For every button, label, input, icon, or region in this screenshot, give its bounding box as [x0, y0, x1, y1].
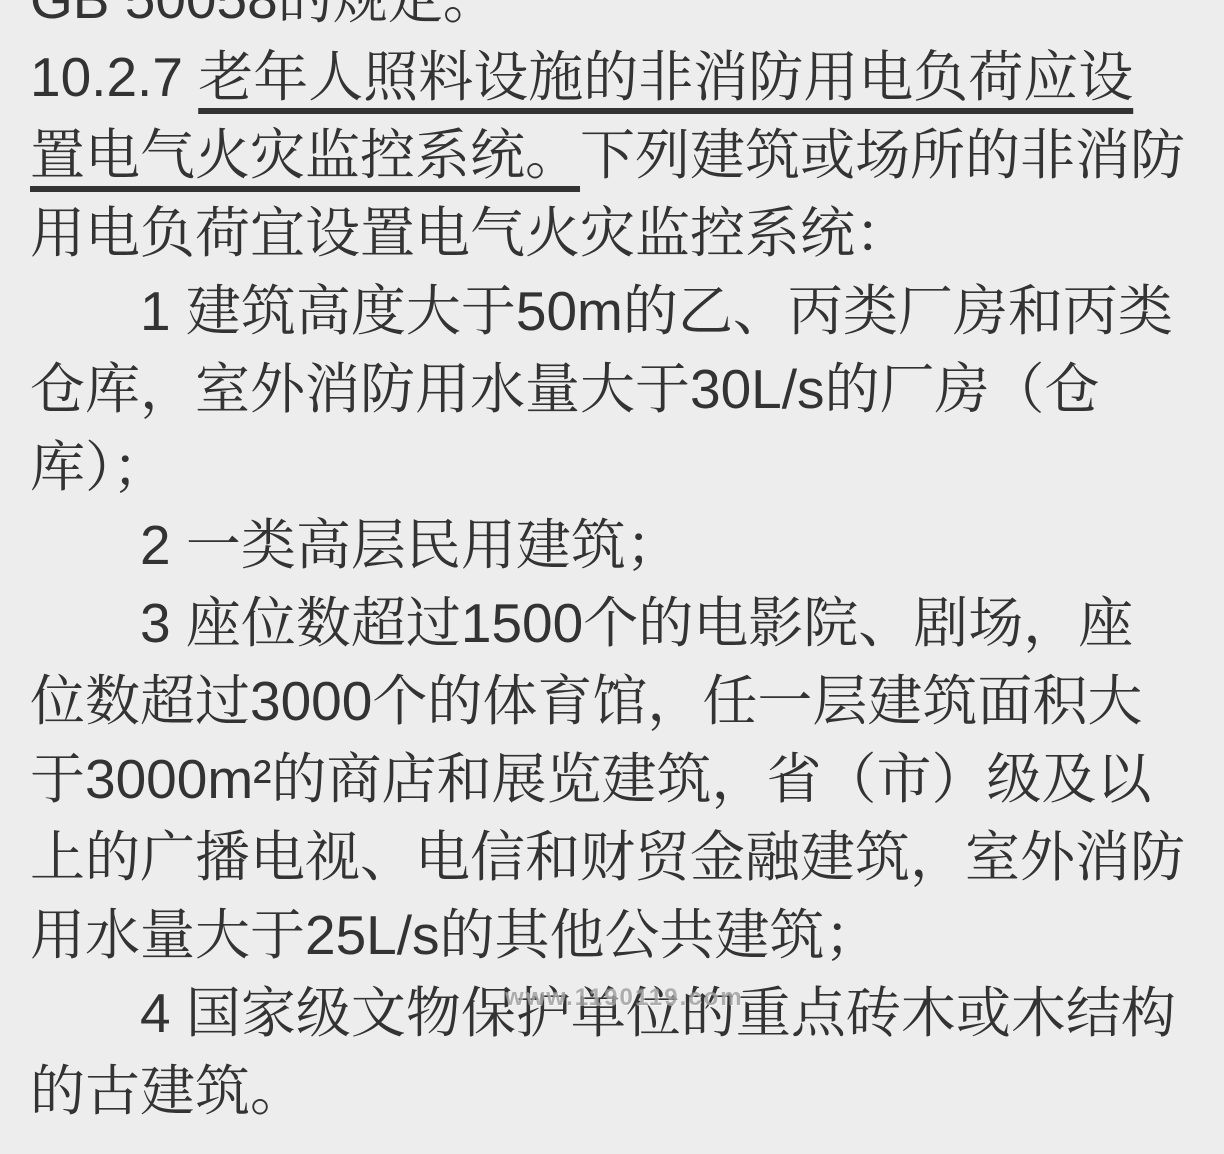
- text-segment: 用水量大于25L/s的其他公共建筑；: [30, 904, 880, 966]
- text-segment: 3 座位数超过1500个的电影院、剧场，座: [30, 592, 1133, 654]
- text-segment: 1 建筑高度大于50m的乙、丙类厂房和丙类: [30, 280, 1173, 342]
- text-line: 位数超过3000个的体育馆，任一层建筑面积大: [30, 662, 1194, 740]
- text-segment: 于3000m²的商店和展览建筑，省（市）级及以: [30, 748, 1152, 810]
- text-line: 仓库，室外消防用水量大于30L/s的厂房（仓: [30, 350, 1194, 428]
- text-line: 上的广播电视、电信和财贸金融建筑，室外消防: [30, 818, 1194, 896]
- text-line: 的古建筑。: [30, 1052, 1194, 1130]
- watermark: www.1190119.com: [505, 984, 744, 1012]
- text-line-item-3: 3 座位数超过1500个的电影院、剧场，座: [30, 584, 1194, 662]
- underlined-text-segment: 置电气火灾监控系统。: [30, 124, 580, 186]
- clause-number: 10.2.7: [30, 46, 198, 108]
- text-line: 于3000m²的商店和展览建筑，省（市）级及以: [30, 740, 1194, 818]
- text-segment: 下列建筑或场所的非消防: [580, 124, 1185, 186]
- text-line-item-1: 1 建筑高度大于50m的乙、丙类厂房和丙类: [30, 272, 1194, 350]
- text-segment: 位数超过3000个的体育馆，任一层建筑面积大: [30, 670, 1142, 732]
- text-segment: 仓库，室外消防用水量大于30L/s的厂房（仓: [30, 358, 1100, 420]
- text-segment: 库）；: [30, 436, 168, 498]
- text-segment: GB 50058的规定。: [30, 0, 498, 30]
- text-line: 用电负荷宜设置电气火灾监控系统：: [30, 194, 1194, 272]
- underlined-text-segment: 老年人照料设施的非消防用电负荷应设: [198, 46, 1133, 108]
- regulation-text: GB 50058的规定。 10.2.7 老年人照料设施的非消防用电负荷应设 置电…: [0, 0, 1224, 1130]
- text-segment: 用电负荷宜设置电气火灾监控系统：: [30, 202, 910, 264]
- text-segment: 2 一类高层民用建筑；: [30, 514, 681, 576]
- text-line: GB 50058的规定。: [30, 0, 1194, 38]
- text-line: 置电气火灾监控系统。下列建筑或场所的非消防: [30, 116, 1194, 194]
- text-segment: 的古建筑。: [30, 1060, 305, 1122]
- text-line: 库）；: [30, 428, 1194, 506]
- text-line: 用水量大于25L/s的其他公共建筑；: [30, 896, 1194, 974]
- text-line-clause-10-2-7: 10.2.7 老年人照料设施的非消防用电负荷应设: [30, 38, 1194, 116]
- text-segment: 上的广播电视、电信和财贸金融建筑，室外消防: [30, 826, 1185, 888]
- text-line-item-2: 2 一类高层民用建筑；: [30, 506, 1194, 584]
